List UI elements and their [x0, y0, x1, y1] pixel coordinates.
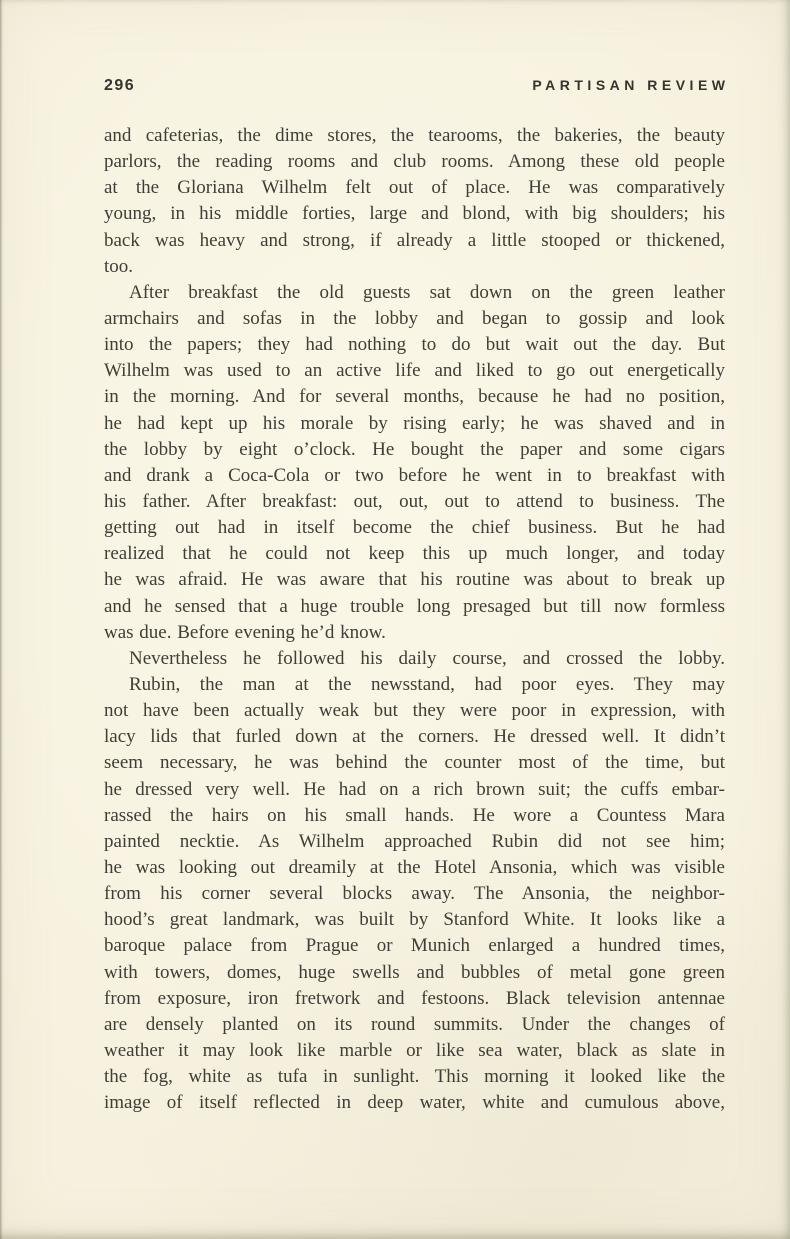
text-line: at the Gloriana Wilhelm felt out of plac… — [104, 175, 725, 201]
page-header: 296 PARTISAN REVIEW — [104, 77, 725, 95]
text-line: he dressed very well. He had on a rich b… — [104, 777, 725, 803]
text-line: Rubin, the man at the newsstand, had poo… — [104, 672, 725, 698]
text-line: image of itself reflected in deep water,… — [104, 1090, 725, 1116]
text-line: he had kept up his morale by rising earl… — [104, 411, 725, 437]
text-line: his father. After breakfast: out, out, o… — [104, 489, 725, 515]
text-line: rassed the hairs on his small hands. He … — [104, 803, 725, 829]
text-line: from his corner several blocks away. The… — [104, 881, 725, 907]
text-line: and cafeterias, the dime stores, the tea… — [104, 123, 725, 149]
journal-title: PARTISAN REVIEW — [532, 77, 729, 93]
text-line: and he sensed that a huge trouble long p… — [104, 594, 725, 620]
text-line: he was afraid. He was aware that his rou… — [104, 567, 725, 593]
text-line: back was heavy and strong, if already a … — [104, 228, 725, 254]
text-line: seem necessary, he was behind the counte… — [104, 750, 725, 776]
text-line: the lobby by eight o’clock. He bought th… — [104, 437, 725, 463]
text-line: parlors, the reading rooms and club room… — [104, 149, 725, 175]
text-line: baroque palace from Prague or Munich enl… — [104, 933, 725, 959]
text-line: realized that he could not keep this up … — [104, 541, 725, 567]
text-line: hood’s great landmark, was built by Stan… — [104, 907, 725, 933]
text-line: young, in his middle forties, large and … — [104, 201, 725, 227]
text-line: and drank a Coca-Cola or two before he w… — [104, 463, 725, 489]
text-line: with towers, domes, huge swells and bubb… — [104, 960, 725, 986]
text-line: too. — [104, 254, 725, 280]
text-line: into the papers; they had nothing to do … — [104, 332, 725, 358]
body-text: and cafeterias, the dime stores, the tea… — [104, 123, 725, 1116]
text-line: armchairs and sofas in the lobby and beg… — [104, 306, 725, 332]
text-line: Wilhelm was used to an active life and l… — [104, 358, 725, 384]
text-line: in the morning. And for several months, … — [104, 384, 725, 410]
scanned-book-page: 296 PARTISAN REVIEW and cafeterias, the … — [0, 0, 790, 1239]
text-line: he was looking out dreamily at the Hotel… — [104, 855, 725, 881]
text-line: painted necktie. As Wilhelm approached R… — [104, 829, 725, 855]
text-line: lacy lids that furled down at the corner… — [104, 724, 725, 750]
text-line: was due. Before evening he’d know. — [104, 620, 725, 646]
text-line: the fog, white as tufa in sunlight. This… — [104, 1064, 725, 1090]
text-line: weather it may look like marble or like … — [104, 1038, 725, 1064]
text-line: After breakfast the old guests sat down … — [104, 280, 725, 306]
text-line: not have been actually weak but they wer… — [104, 698, 725, 724]
page-number: 296 — [104, 77, 135, 95]
text-line: getting out had in itself become the chi… — [104, 515, 725, 541]
text-line: Nevertheless he followed his daily cours… — [104, 646, 725, 672]
text-line: are densely planted on its round summits… — [104, 1012, 725, 1038]
text-line: from exposure, iron fretwork and festoon… — [104, 986, 725, 1012]
